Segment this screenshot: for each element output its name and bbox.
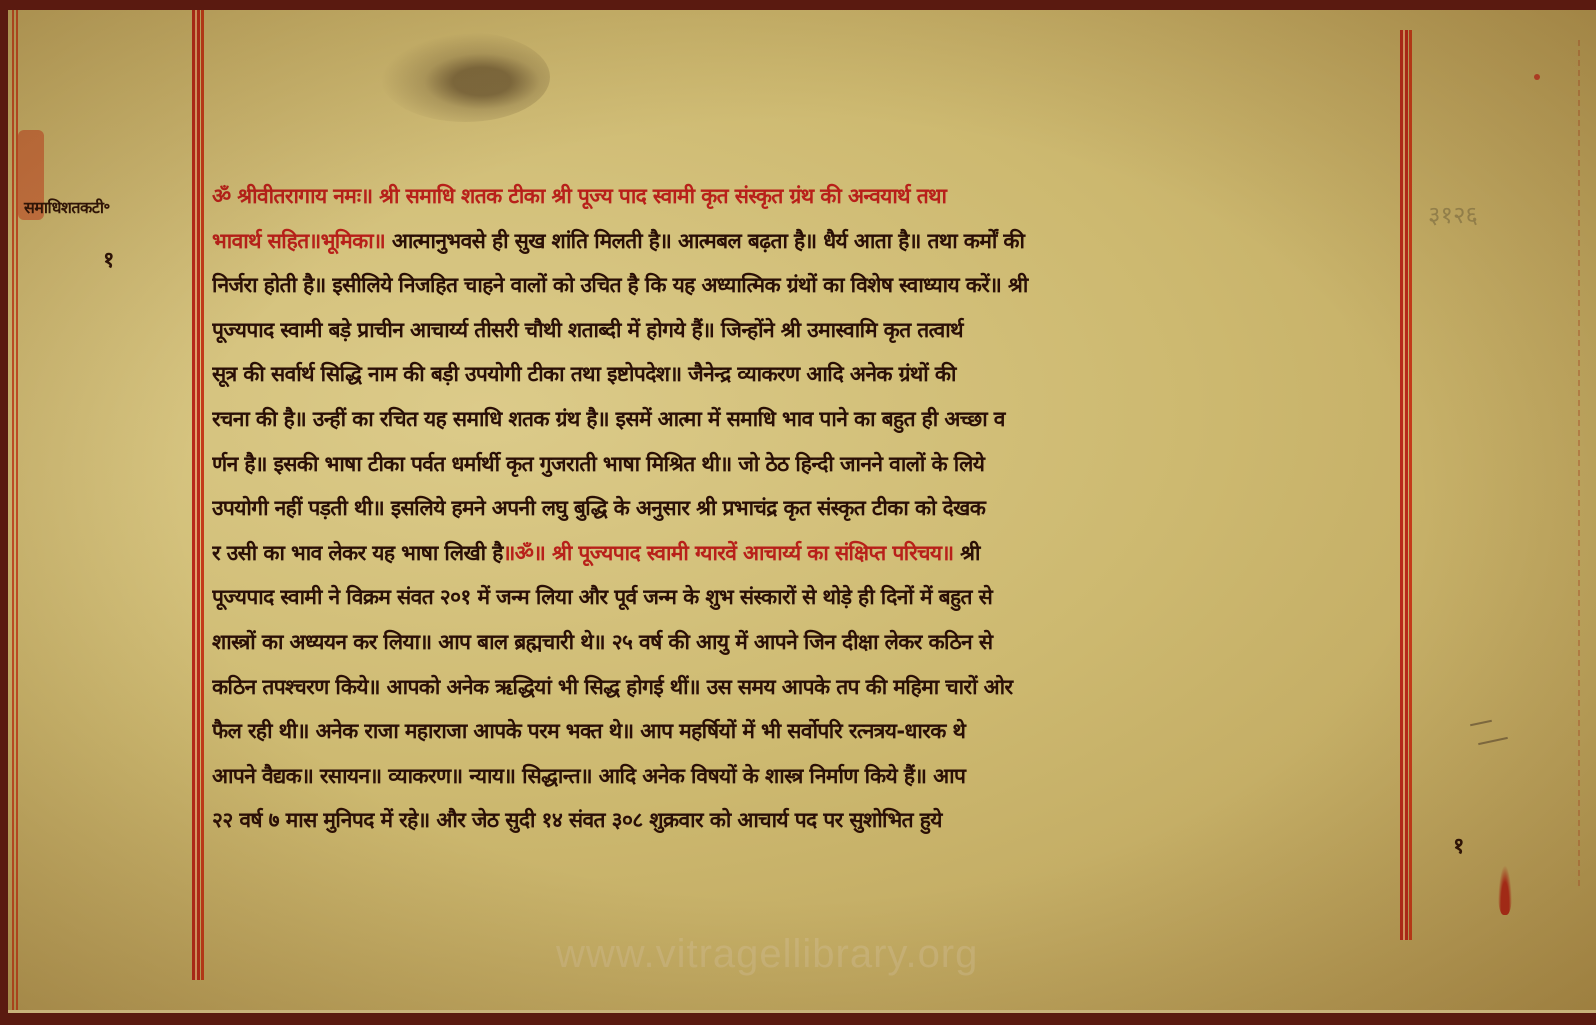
text-line-7: र्णन है॥ इसकी भाषा टीका पर्वत धर्मार्थी … xyxy=(212,442,1398,487)
margin-title: समाधिशतकटी॰ xyxy=(24,196,194,218)
body-text: आपने वैद्यक॥ रसायन॥ व्याकरण॥ न्याय॥ सिद्… xyxy=(212,764,965,788)
folio-number-left: १ xyxy=(103,244,114,274)
red-ink-splash xyxy=(1498,865,1512,915)
body-text: शास्त्रों का अध्ययन कर लिया॥ आप बाल ब्रह… xyxy=(212,630,992,654)
text-line-12: कठिन तपश्चरण किये॥ आपको अनेक ऋद्धियां भी… xyxy=(212,665,1398,710)
text-line-13: फैल रही थी॥ अनेक राजा महाराजा आपके परम भ… xyxy=(212,709,1398,754)
body-text: श्री xyxy=(953,541,979,565)
manuscript-page: समाधिशतकटी॰ १ ३१२६ १ ॐ श्रीवीतरागाय नमः॥… xyxy=(8,10,1596,1013)
body-text: कठिन तपश्चरण किये॥ आपको अनेक ऋद्धियां भी… xyxy=(212,675,1013,699)
red-heading: भावार्थ सहित॥भूमिका॥ xyxy=(212,229,385,253)
red-heading: ॐ श्रीवीतरागाय नमः॥ श्री समाधि शतक टीका … xyxy=(212,184,946,208)
body-text: निर्जरा होती है॥ इसीलिये निजहित चाहने वा… xyxy=(212,273,1028,297)
text-line-3: निर्जरा होती है॥ इसीलिये निजहित चाहने वा… xyxy=(212,263,1398,308)
left-margin-rule xyxy=(192,10,204,980)
text-line-6: रचना की है॥ उन्हीं का रचित यह समाधि शतक … xyxy=(212,397,1398,442)
body-text: आत्मानुभवसे ही सुख शांति मिलती है॥ आत्मब… xyxy=(392,229,1025,253)
body-text: सूत्र की सर्वार्थ सिद्धि नाम की बड़ी उपय… xyxy=(212,362,956,386)
text-line-14: आपने वैद्यक॥ रसायन॥ व्याकरण॥ न्याय॥ सिद्… xyxy=(212,754,1398,799)
body-text: उपयोगी नहीं पड़ती थी॥ इसलिये हमने अपनी ल… xyxy=(212,496,985,520)
red-ink-dot xyxy=(1534,74,1540,80)
text-line-4: पूज्यपाद स्वामी बड़े प्राचीन आचार्य्य ती… xyxy=(212,308,1398,353)
body-text: र्णन है॥ इसकी भाषा टीका पर्वत धर्मार्थी … xyxy=(212,452,984,476)
paper-damage-stain xyxy=(380,32,550,122)
body-text: पूज्यपाद स्वामी ने विक्रम संवत २०१ में ज… xyxy=(212,585,992,609)
red-heading: ॥ॐ॥ श्री पूज्यपाद स्वामी ग्यारवें आचार्य… xyxy=(503,541,954,565)
text-line-11: शास्त्रों का अध्ययन कर लिया॥ आप बाल ब्रह… xyxy=(212,620,1398,665)
right-margin-rule xyxy=(1400,30,1412,940)
text-line-15: २२ वर्ष ७ मास मुनिपद में रहे॥ और जेठ सुद… xyxy=(212,798,1398,843)
text-line-8: उपयोगी नहीं पड़ती थी॥ इसलिये हमने अपनी ल… xyxy=(212,486,1398,531)
text-line-5: सूत्र की सर्वार्थ सिद्धि नाम की बड़ी उपय… xyxy=(212,352,1398,397)
watermark: www.vitragellibrary.org xyxy=(556,932,978,977)
text-line-1: ॐ श्रीवीतरागाय नमः॥ श्री समाधि शतक टीका … xyxy=(212,174,1398,219)
text-line-2: भावार्थ सहित॥भूमिका॥ आत्मानुभवसे ही सुख … xyxy=(212,219,1398,264)
body-text: २२ वर्ष ७ मास मुनिपद में रहे॥ और जेठ सुद… xyxy=(212,808,942,832)
right-faint-rule xyxy=(1578,40,1580,890)
manuscript-text: ॐ श्रीवीतरागाय नमः॥ श्री समाधि शतक टीका … xyxy=(212,174,1398,843)
text-line-9: र उसी का भाव लेकर यह भाषा लिखी है॥ॐ॥ श्र… xyxy=(212,531,1398,576)
body-text: र उसी का भाव लेकर यह भाषा लिखी है xyxy=(212,541,503,565)
accession-number: ३१२६ xyxy=(1428,198,1478,231)
body-text: पूज्यपाद स्वामी बड़े प्राचीन आचार्य्य ती… xyxy=(212,318,963,342)
ink-mark xyxy=(1478,737,1508,745)
body-text: फैल रही थी॥ अनेक राजा महाराजा आपके परम भ… xyxy=(212,719,965,743)
ink-mark xyxy=(1470,720,1492,727)
folio-number-right: १ xyxy=(1453,830,1464,860)
body-text: रचना की है॥ उन्हीं का रचित यह समाधि शतक … xyxy=(212,407,1005,431)
text-line-10: पूज्यपाद स्वामी ने विक्रम संवत २०१ में ज… xyxy=(212,575,1398,620)
